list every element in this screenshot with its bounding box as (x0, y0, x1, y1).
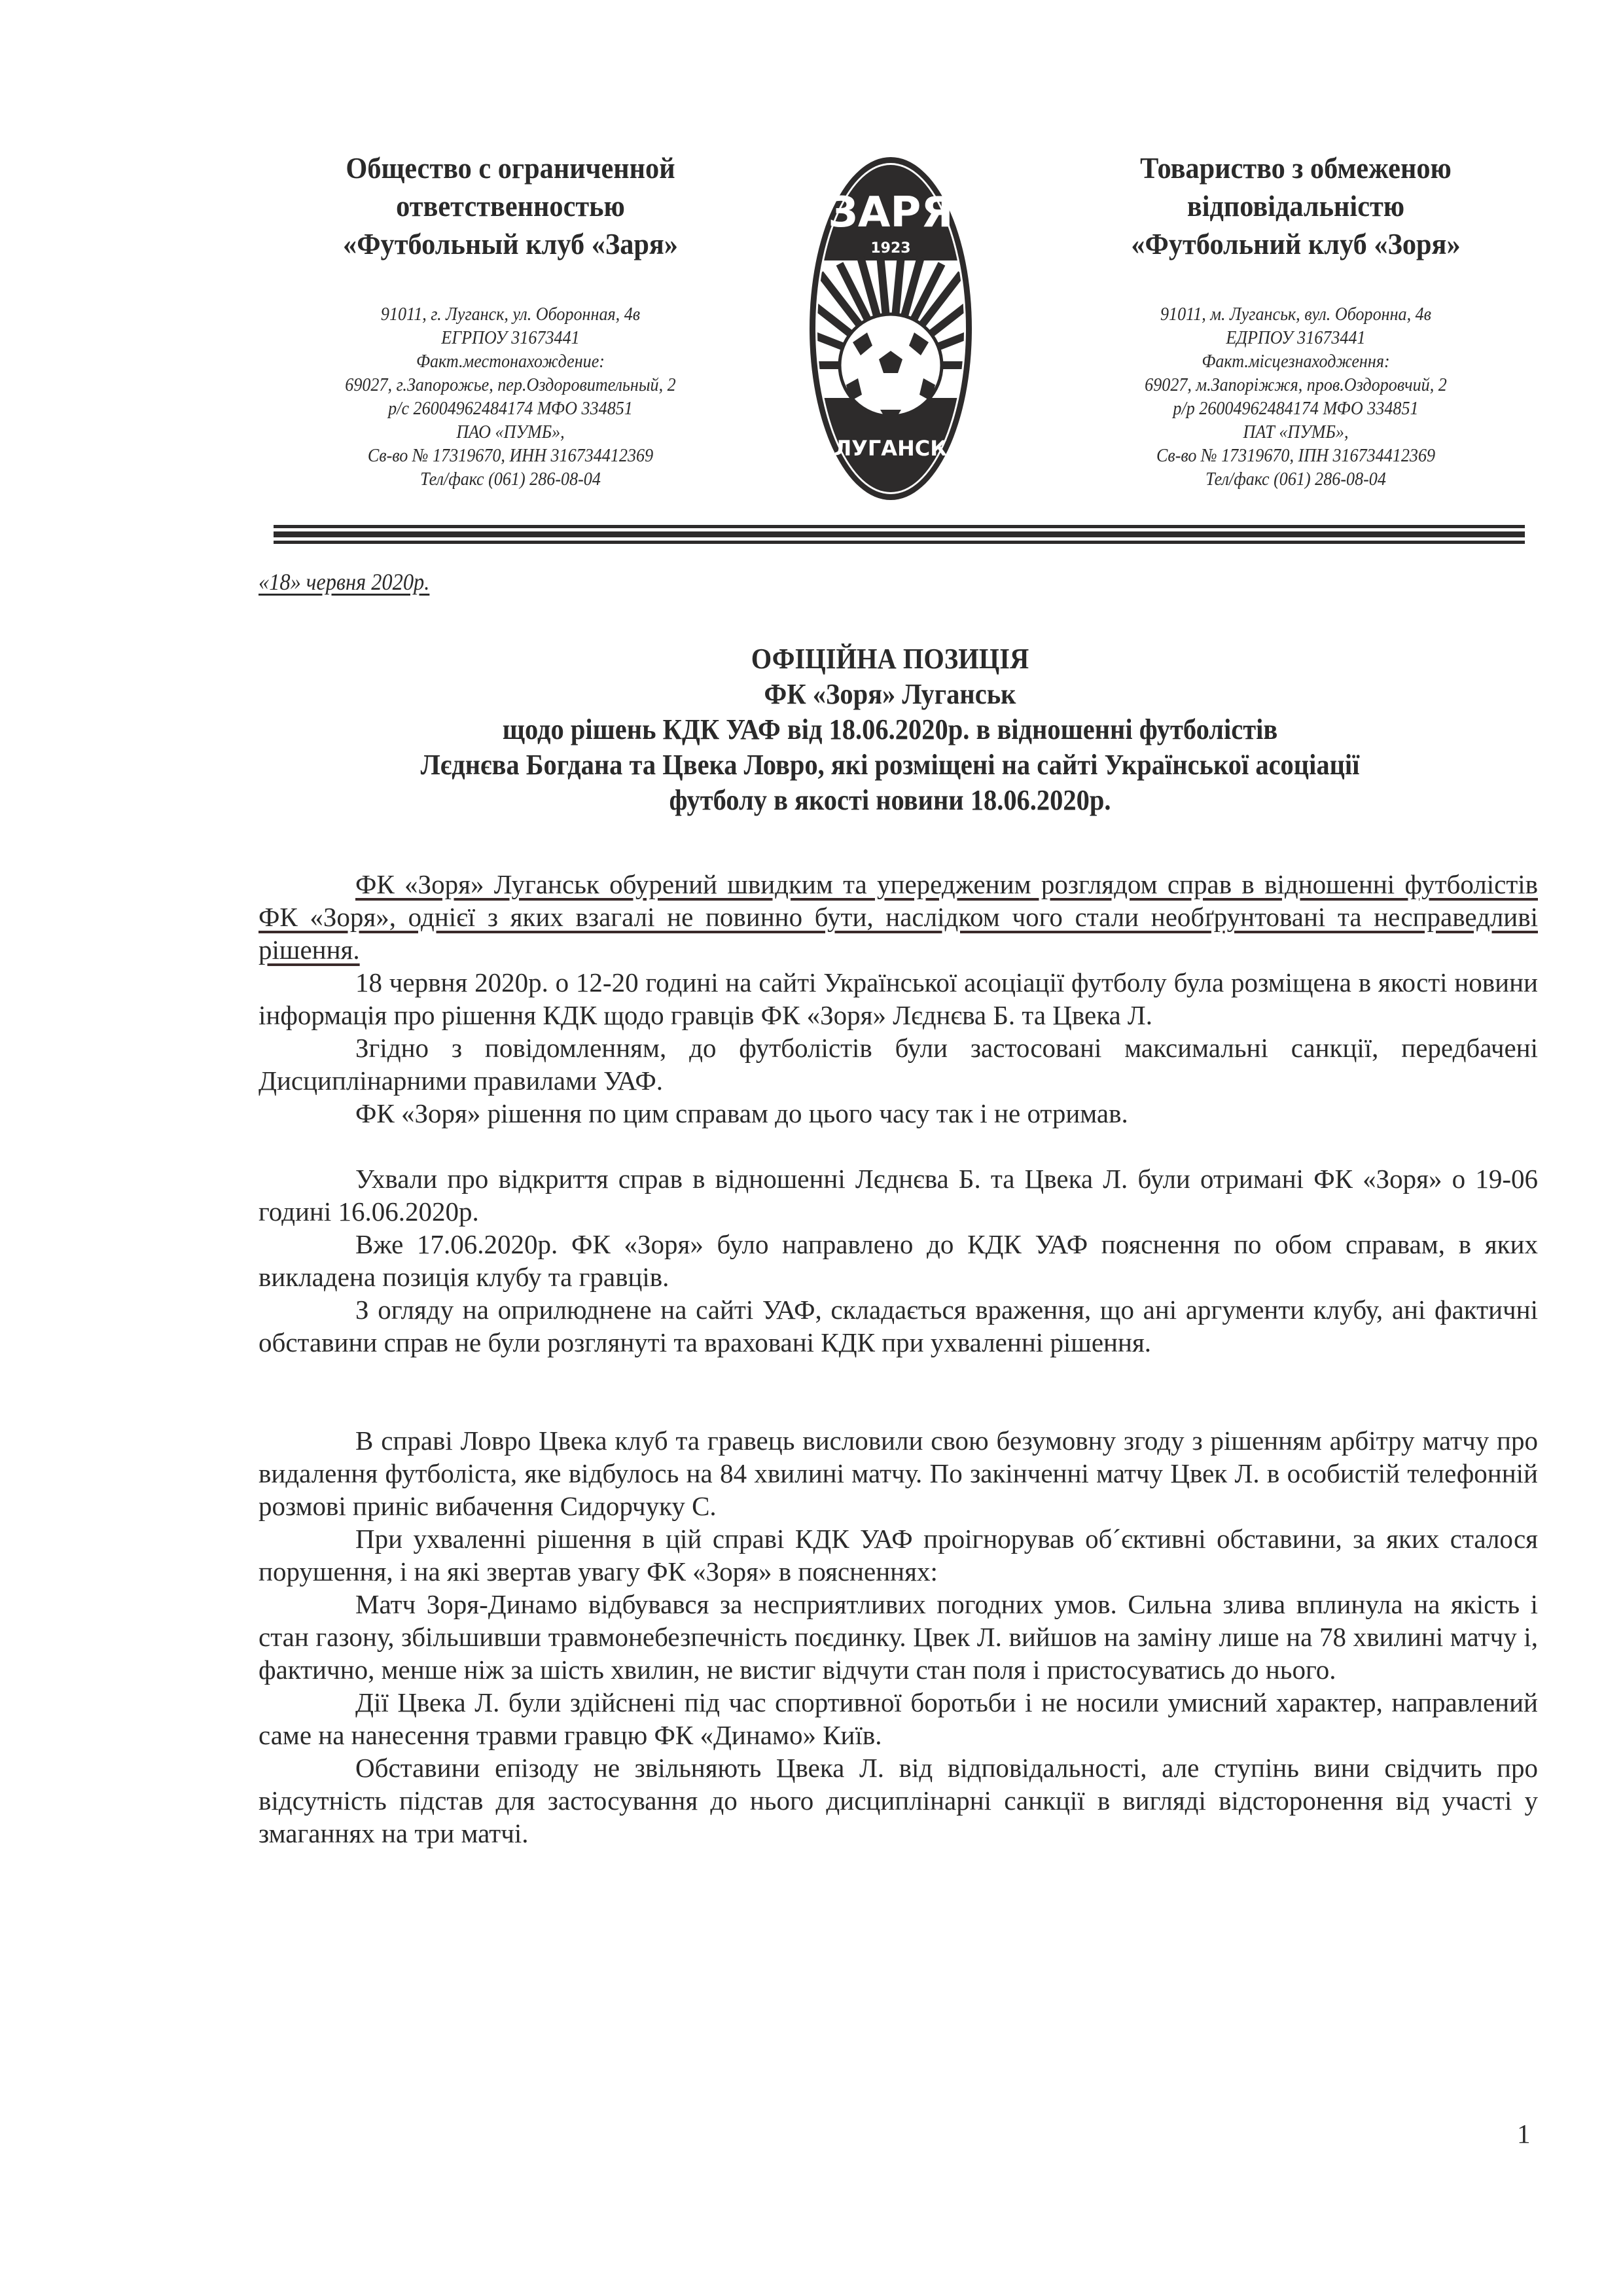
org-details-russian: 91011, г. Луганск, ул. Оборонная, 4в ЕГР… (287, 302, 734, 491)
document-date: «18» червня 2020р. (259, 568, 429, 596)
document-body: ФК «Зоря» Луганськ обурений швидким та у… (259, 868, 1538, 1850)
crest-city: ЛУГАНСК (834, 436, 948, 461)
paragraph: Ухвали про відкриття справ в відношенні … (259, 1162, 1538, 1228)
org-name-russian: Общество с ограниченной ответственностью… (281, 149, 739, 263)
club-crest-icon: ЗАРЯ 1923 ЛУГАНСК (807, 143, 974, 509)
paragraph: ФК «Зоря» Луганськ обурений швидким та у… (259, 868, 1538, 966)
divider-line (274, 541, 1525, 544)
divider-line (274, 525, 1525, 528)
letterhead-left: Общество с ограниченной ответственностью… (262, 149, 759, 491)
paragraph: Вже 17.06.2020р. ФК «Зоря» було направле… (259, 1228, 1538, 1293)
paragraph: Матч Зоря-Динамо відбувався за несприятл… (259, 1588, 1538, 1686)
org-details-ukrainian: 91011, м. Луганськ, вул. Оборонна, 4в ЕД… (1072, 302, 1520, 491)
paragraph: В справі Ловро Цвека клуб та гравець вис… (259, 1424, 1538, 1522)
crest-name: ЗАРЯ (828, 188, 953, 237)
document-title: ОФІЦІЙНА ПОЗИЦІЯ ФК «Зоря» Луганськ щодо… (249, 641, 1531, 818)
page-number: 1 (1517, 2118, 1531, 2149)
letterhead-divider (274, 525, 1525, 544)
crest-year: 1923 (870, 240, 910, 257)
divider-line (274, 531, 1525, 537)
paragraph: ФК «Зоря» рішення по цим справам до цьог… (259, 1097, 1538, 1130)
org-name-ukrainian: Товариство з обмеженою відповідальністю … (1067, 149, 1524, 263)
paragraph: При ухваленні рішення в цій справі КДК У… (259, 1522, 1538, 1588)
paragraph: Дії Цвека Л. були здійснені під час спор… (259, 1686, 1538, 1751)
letterhead-right: Товариство з обмеженою відповідальністю … (1047, 149, 1544, 491)
paragraph: 18 червня 2020р. о 12-20 годині на сайті… (259, 966, 1538, 1031)
paragraph: З огляду на оприлюднене на сайті УАФ, ск… (259, 1293, 1538, 1359)
paragraph: Обставини епізоду не звільняють Цвека Л.… (259, 1751, 1538, 1850)
paragraph: Згідно з повідомленням, до футболістів б… (259, 1031, 1538, 1097)
